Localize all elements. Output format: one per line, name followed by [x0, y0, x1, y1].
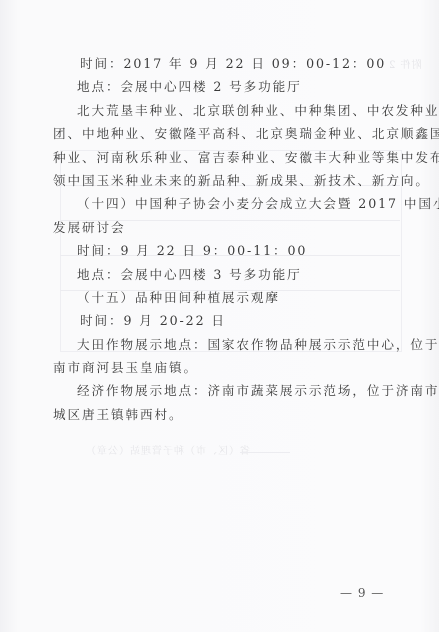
paragraph-location: 地点：会展中心四楼 3 号多功能厅	[53, 263, 389, 286]
paragraph-field-crops: 大田作物展示地点：国家农作物品种展示示范中心，位于济	[53, 333, 389, 356]
bleed-through-signature: 省（区、市）种子管理站（公章）	[85, 442, 250, 457]
paragraph-time: 时间：9 月 22 日 9：00-11：00	[53, 239, 389, 262]
paragraph-companies-cont: 领中国玉米种业未来的新品种、新成果、新技术、新方向。	[53, 169, 389, 192]
section-heading-14-cont: 发展研讨会	[53, 216, 389, 239]
paragraph-time: 时间：9 月 20-22 日	[53, 309, 389, 332]
paragraph-location: 地点：会展中心四楼 2 号多功能厅	[53, 75, 389, 98]
bleed-through-label: 附件 2	[388, 56, 422, 71]
paragraph-companies: 北大荒垦丰种业、北京联创种业、中种集团、中农发种业集	[53, 99, 389, 122]
section-heading-14: （十四）中国种子协会小麦分会成立大会暨 2017 中国小麦	[53, 192, 389, 215]
document-page: 附件 2 省（区、市）种子管理站（公章） 时间：2017 年 9 月 22 日 …	[0, 0, 439, 632]
paragraph-cash-crops: 经济作物展示地点：济南市蔬菜展示示范场，位于济南市历	[53, 379, 389, 402]
section-heading-15: （十五）品种田间种植展示观摩	[53, 286, 389, 309]
paragraph-cash-crops-cont: 城区唐王镇韩西村。	[53, 403, 389, 426]
paragraph-time: 时间：2017 年 9 月 22 日 09：00-12：00	[53, 52, 389, 75]
bleed-through-underline	[240, 452, 290, 453]
paragraph-field-crops-cont: 南市商河县玉皇庙镇。	[53, 356, 389, 379]
document-body: 时间：2017 年 9 月 22 日 09：00-12：00 地点：会展中心四楼…	[53, 52, 389, 426]
page-number: — 9 —	[340, 586, 384, 600]
paragraph-companies-cont: 团、中地种业、安徽隆平高科、北京奥瑞金种业、北京顺鑫国际	[53, 122, 389, 145]
paragraph-companies-cont: 种业、河南秋乐种业、富吉泰种业、安徽丰大种业等集中发布引	[53, 146, 389, 169]
